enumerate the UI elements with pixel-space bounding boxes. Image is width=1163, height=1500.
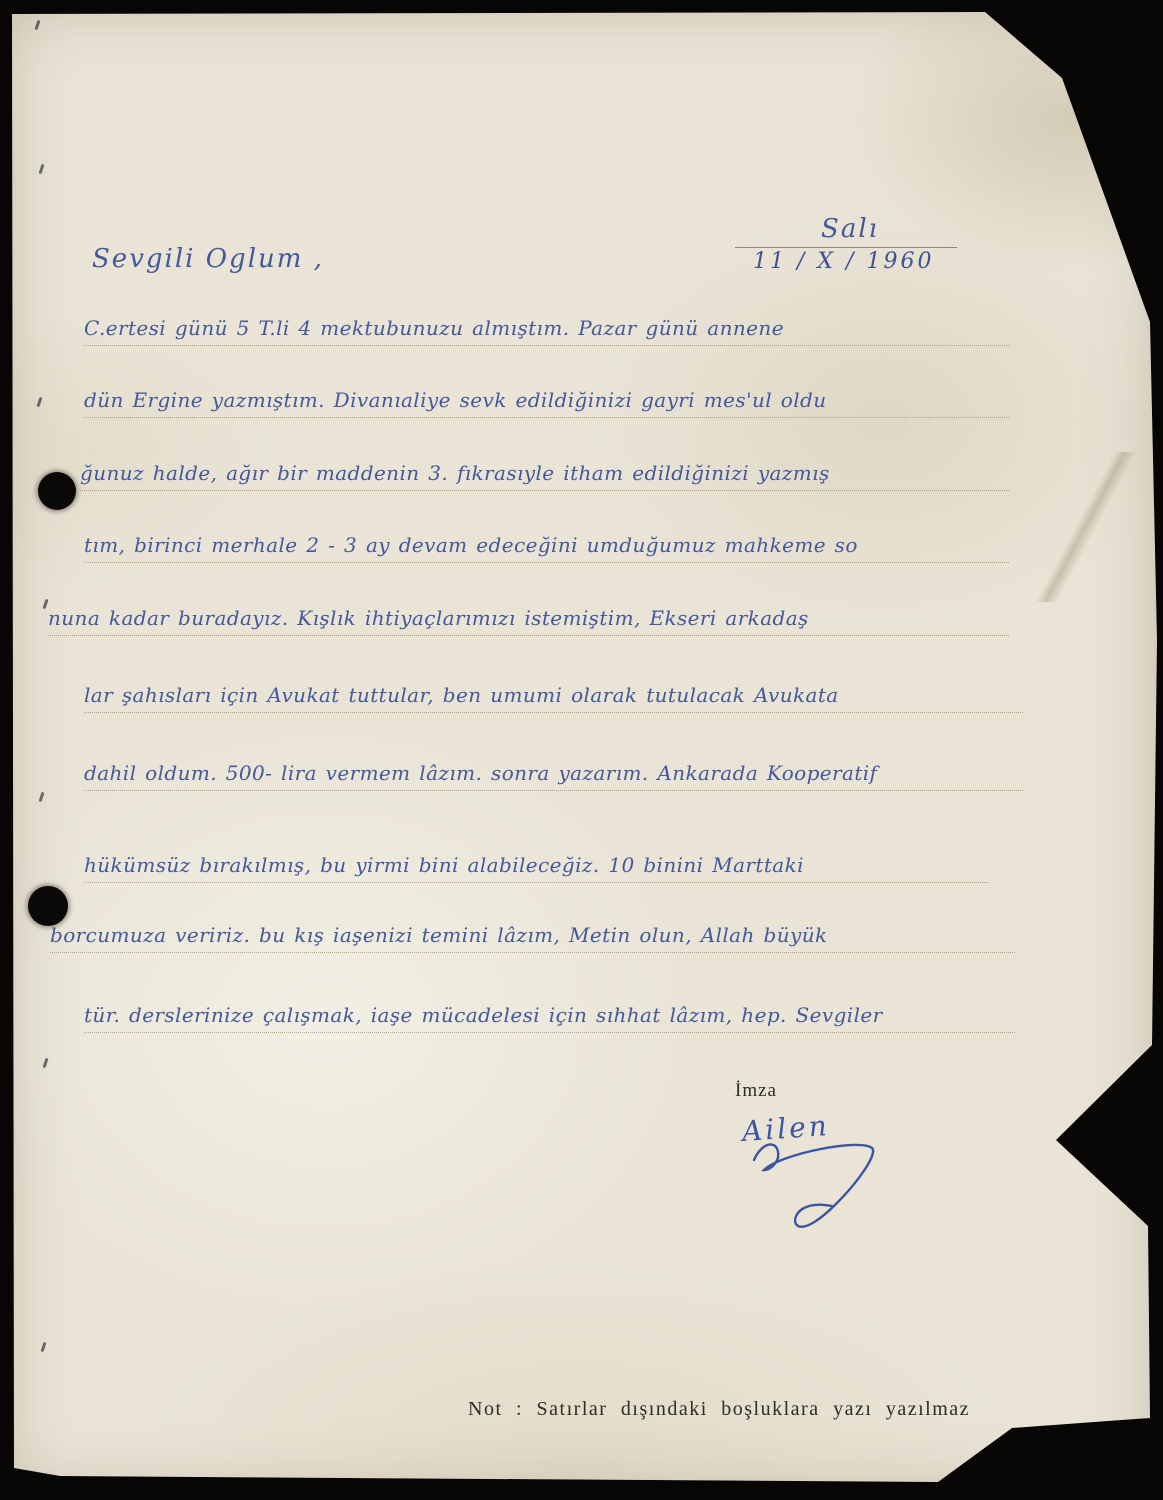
date-rule-line <box>735 247 957 248</box>
date-day-name: Salı <box>735 214 965 244</box>
body-line-9: borcumuza veririz. bu kış iaşenizi temin… <box>50 918 1015 953</box>
body-line-1: C.ertesi günü 5 T.li 4 mektubunuzu almış… <box>84 311 1009 346</box>
body-line-7: dahil oldum. 500- lira vermem lâzım. son… <box>84 756 1023 791</box>
margin-pen-mark <box>35 20 41 30</box>
body-line-4: tım, birinci merhale 2 - 3 ay devam edec… <box>84 528 1009 563</box>
body-line-5: nuna kadar buradayız. Kışlık ihtiyaçları… <box>48 601 1009 636</box>
signature-flourish <box>740 1130 910 1240</box>
salutation: Sevgili Oglum , <box>92 244 324 274</box>
body-line-2: dün Ergine yazmıştım. Divanıaliye sevk e… <box>84 383 1009 418</box>
body-line-6: lar şahısları için Avukat tuttular, ben … <box>84 678 1023 713</box>
margin-pen-mark <box>39 164 45 174</box>
paper-crease <box>1000 452 1163 602</box>
signature-label: İmza <box>735 1080 777 1102</box>
margin-pen-mark <box>41 1342 47 1352</box>
margin-pen-mark <box>37 397 43 407</box>
body-line-8: hükümsüz bırakılmış, bu yirmi bini alabi… <box>84 848 989 883</box>
date-block: Salı 11 / X / 1960 <box>735 214 965 274</box>
margin-pen-mark <box>43 1058 49 1068</box>
punch-hole <box>28 886 68 926</box>
date-value: 11 / X / 1960 <box>735 249 965 274</box>
footer-note: Not : Satırlar dışındaki boşluklara yazı… <box>468 1398 970 1421</box>
punch-hole <box>38 472 76 510</box>
paper-edge-shadow <box>0 0 1163 1500</box>
body-line-10: tür. derslerinize çalışmak, iaşe mücadel… <box>84 998 1015 1033</box>
body-line-3: ğunuz halde, ağır bir maddenin 3. fıkras… <box>80 456 1009 491</box>
margin-pen-mark <box>39 792 45 802</box>
letter-paper: Salı 11 / X / 1960 Sevgili Oglum , C.ert… <box>0 0 1163 1500</box>
